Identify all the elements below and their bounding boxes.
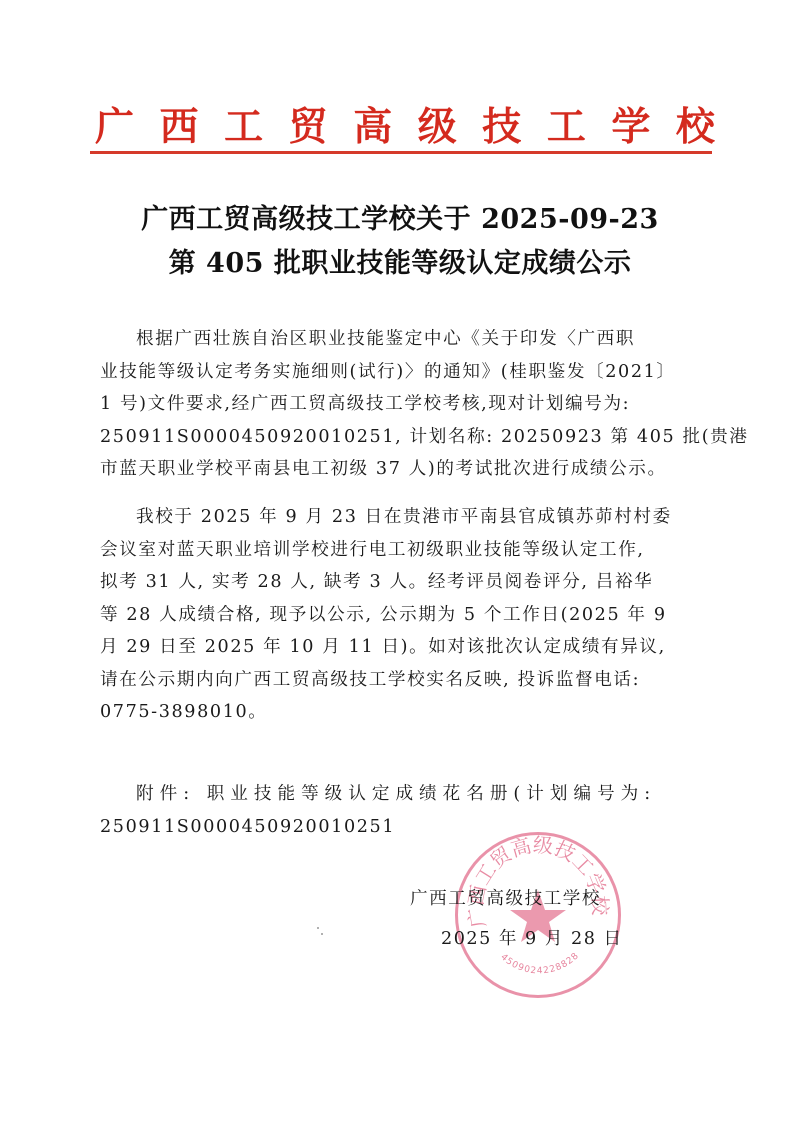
text-line: 1 号)文件要求,经广西工贸高级技工学校考核,现对计划编号为:: [100, 388, 705, 421]
signature-organization: 广西工贸高级技工学校: [410, 885, 601, 910]
letterhead-char: 技: [482, 96, 521, 152]
text-line: 根据广西壮族自治区职业技能鉴定中心《关于印发〈广西职: [100, 323, 705, 356]
letterhead-char: 工: [547, 96, 586, 152]
svg-text:4509024228828: 4509024228828: [498, 951, 581, 977]
text-line: 请在公示期内向广西工贸高级技工学校实名反映, 投诉监督电话:: [100, 664, 705, 697]
text-line: 我校于 2025 年 9 月 23 日在贵港市平南县官成镇苏茆村村委: [100, 501, 705, 534]
text-line: 会议室对蓝天职业培训学校进行电工初级职业技能等级认定工作,: [100, 534, 705, 567]
scan-speck: [317, 927, 319, 929]
signature-date: 2025 年 9 月 28 日: [441, 925, 623, 950]
letterhead-char: 学: [611, 96, 650, 152]
seal-code: 4509024228828: [498, 951, 581, 977]
letterhead-char: 西: [160, 96, 199, 152]
paragraph-results: 我校于 2025 年 9 月 23 日在贵港市平南县官成镇苏茆村村委 会议室对蓝…: [100, 501, 705, 729]
document-title-line2: 第 405 批职业技能等级认定成绩公示: [0, 241, 800, 280]
text-line: 0775-3898010。: [100, 696, 705, 729]
letterhead-char: 高: [353, 96, 392, 152]
seal-graphic: 广西工贸高级技工学校 4509024228828: [458, 835, 618, 995]
document-title-line1: 广西工贸高级技工学校关于 2025-09-23: [0, 197, 800, 236]
letterhead-char: 贸: [289, 96, 328, 152]
text-line: 拟考 31 人, 实考 28 人, 缺考 3 人。经考评员阅卷评分, 吕裕华: [100, 566, 705, 599]
text-line: 市蓝天职业学校平南县电工初级 37 人)的考试批次进行成绩公示。: [100, 453, 705, 486]
attachment-note: 附件: 职业技能等级认定成绩花名册(计划编号为: 250911S00004509…: [100, 778, 705, 843]
text-line: 等 28 人成绩合格, 现予以公示, 公示期为 5 个工作日(2025 年 9: [100, 599, 705, 632]
official-seal: 广西工贸高级技工学校 4509024228828: [455, 832, 621, 998]
text-line: 月 29 日至 2025 年 10 月 11 日)。如对该批次认定成绩有异议,: [100, 631, 705, 664]
letterhead-char: 广: [95, 96, 134, 152]
paragraph-basis: 根据广西壮族自治区职业技能鉴定中心《关于印发〈广西职 业技能等级认定考务实施细则…: [100, 323, 705, 486]
letterhead-char: 工: [224, 96, 263, 152]
letterhead: 广 西 工 贸 高 级 技 工 学 校: [95, 96, 715, 152]
letterhead-char: 校: [676, 96, 715, 152]
text-line: 业技能等级认定考务实施细则(试行)〉的通知》(桂职鉴发〔2021〕: [100, 356, 705, 389]
letterhead-char: 级: [418, 96, 457, 152]
scan-speck: [321, 933, 323, 935]
text-line: 250911S0000450920010251, 计划名称: 20250923 …: [100, 421, 705, 454]
letterhead-divider: [90, 151, 712, 154]
text-line: 附件: 职业技能等级认定成绩花名册(计划编号为:: [100, 778, 705, 811]
